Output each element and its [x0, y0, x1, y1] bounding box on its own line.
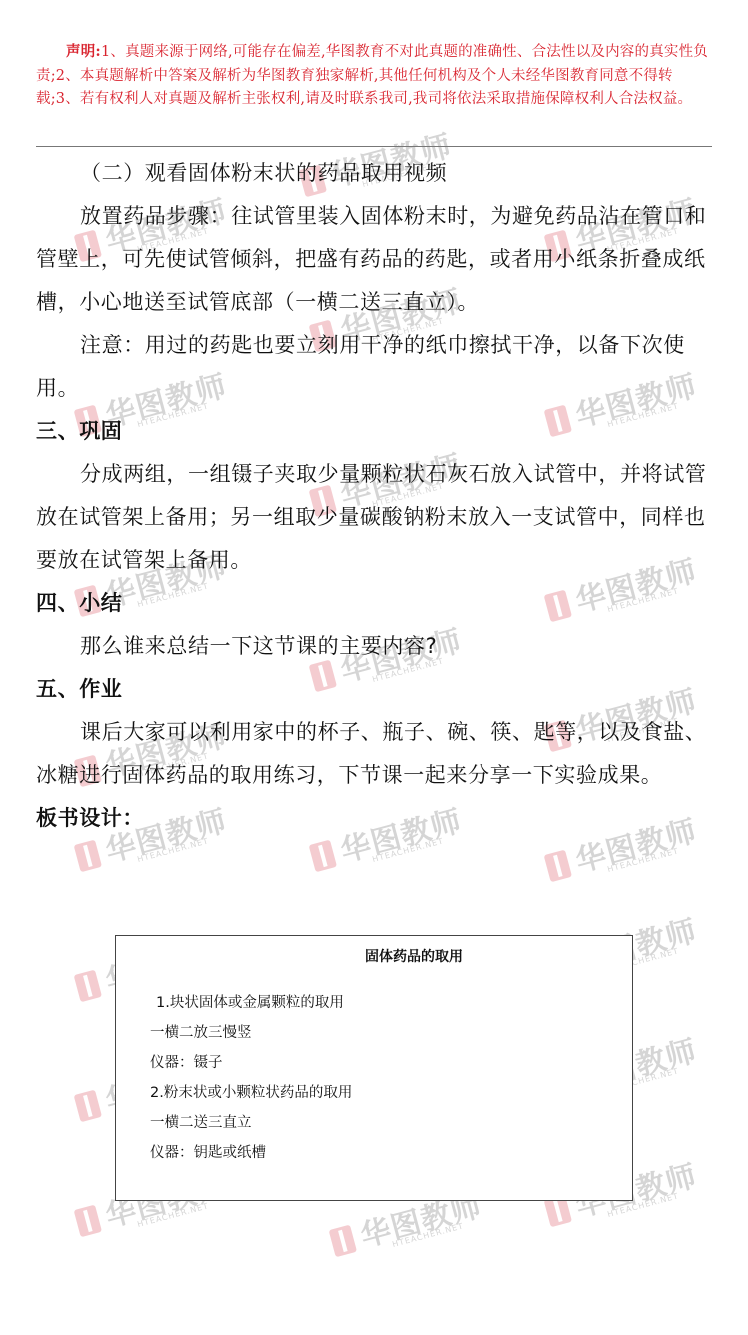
huatu-logo-icon — [309, 840, 337, 873]
paragraph-homework: 课后大家可以利用家中的杯子、瓶子、碗、筷、匙等，以及食盐、冰糖进行固体药品的取用… — [36, 711, 716, 797]
paragraph-consolidate: 分成两组，一组镊子夹取少量颗粒状石灰石放入试管中，并将试管放在试管架上备用；另一… — [36, 453, 716, 582]
blackboard-design-box: 固体药品的取用 1.块状固体或金属颗粒的取用 一横二放三慢竖 仪器：镊子 2.粉… — [115, 935, 633, 1201]
huatu-logo-icon — [74, 970, 102, 1003]
paragraph-note: 注意：用过的药匙也要立刻用干净的纸巾擦拭干净，以备下次使用。 — [36, 324, 716, 410]
board-title: 固体药品的取用 — [116, 946, 632, 966]
heading-board-design: 板书设计： — [36, 797, 716, 840]
heading-homework: 五、作业 — [36, 668, 716, 711]
board-line: 一横二放三慢竖 — [150, 1018, 352, 1048]
board-line: 仪器：钥匙或纸槽 — [150, 1138, 352, 1168]
board-lines: 1.块状固体或金属颗粒的取用 一横二放三慢竖 仪器：镊子 2.粉末状或小颗粒状药… — [150, 988, 352, 1168]
lesson-content: （二）观看固体粉末状的药品取用视频 放置药品步骤：往试管里装入固体粉末时，为避免… — [36, 152, 716, 840]
board-line: 仪器：镊子 — [150, 1048, 352, 1078]
huatu-logo-icon — [74, 840, 102, 873]
board-line: 2.粉末状或小颗粒状药品的取用 — [150, 1078, 352, 1108]
section-title-video: （二）观看固体粉末状的药品取用视频 — [36, 152, 716, 195]
huatu-logo-icon — [74, 1090, 102, 1123]
paragraph-steps: 放置药品步骤：往试管里装入固体粉末时，为避免药品沾在管口和管壁上，可先使试管倾斜… — [36, 195, 716, 324]
disclaimer-text: 1、真题来源于网络,可能存在偏差,华图教育不对此真题的准确性、合法性以及内容的真… — [36, 44, 708, 107]
huatu-logo-icon — [544, 850, 572, 883]
heading-summary: 四、小结 — [36, 582, 716, 625]
heading-consolidate: 三、巩固 — [36, 410, 716, 453]
board-line: 1.块状固体或金属颗粒的取用 — [150, 988, 352, 1018]
huatu-logo-icon — [74, 1205, 102, 1238]
divider — [36, 146, 712, 147]
disclaimer: 声明:1、真题来源于网络,可能存在偏差,华图教育不对此真题的准确性、合法性以及内… — [36, 40, 712, 112]
disclaimer-lead: 声明: — [66, 43, 101, 60]
board-line: 一横二送三直立 — [150, 1108, 352, 1138]
huatu-logo-icon — [329, 1225, 357, 1258]
paragraph-summary: 那么谁来总结一下这节课的主要内容? — [36, 625, 716, 668]
